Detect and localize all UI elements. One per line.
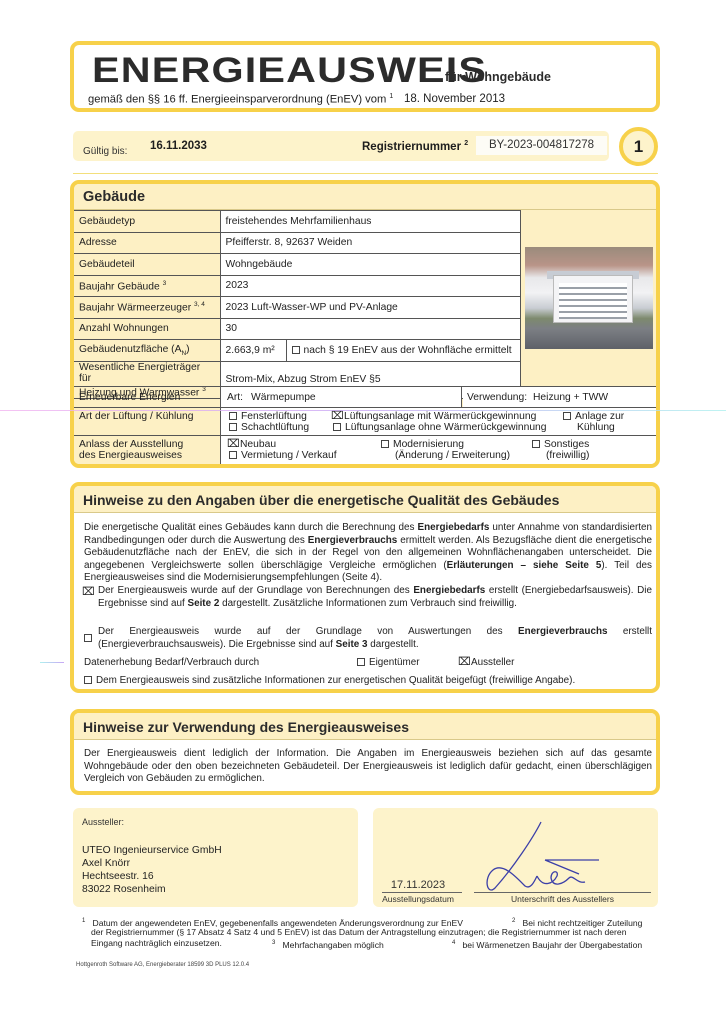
issuer-address: UTEO Ingenieurservice GmbH Axel Knörr He… — [82, 844, 222, 896]
footnote-3: 3 Mehrfachangaben möglich — [272, 938, 384, 951]
row-label: Anzahl Wohnungen — [74, 318, 220, 340]
footnote-2-end: Eingang nachträglich einzusetzen. — [91, 938, 222, 949]
text: dargestellt. Zusätzliche Informationen z… — [219, 598, 516, 609]
date-line — [382, 892, 462, 893]
row-label: Adresse — [74, 232, 220, 254]
text: Der Energieausweis wurde auf der Grundla… — [98, 585, 413, 596]
regulation-label: gemäß den §§ 16 ff. Energieeinsparverord… — [88, 94, 386, 106]
validity-bar: Gültig bis: 16.11.2033 Registriernummer … — [73, 131, 609, 161]
option-modernisierung[interactable]: Modernisierung(Änderung / Erweiterung) — [381, 439, 510, 461]
option-label: Neubau — [240, 439, 276, 450]
signature-icon — [473, 818, 623, 896]
option-vermietung[interactable]: Vermietung / Verkauf — [229, 450, 337, 461]
checkbox-unchecked[interactable] — [357, 658, 365, 666]
option-lueftung-mit-wrg[interactable]: ⌧Lüftungsanlage mit Wärmerückgewinnung — [331, 411, 536, 422]
footnote-text: Mehrfachangaben möglich — [283, 940, 384, 950]
registration-label: Registriernummer 2 — [362, 140, 468, 153]
option-kuehlung[interactable]: Anlage zurKühlung — [563, 411, 624, 433]
option-sonstiges[interactable]: Sonstiges(freiwillig) — [532, 439, 589, 461]
text-bold: Seite 3 — [336, 639, 368, 650]
footnote-text: bei Wärmenetzen Baujahr der Übergabestat… — [463, 940, 643, 950]
label-line: Anlass der Ausstellung — [79, 439, 183, 450]
option-neubau[interactable]: ⌧Neubau — [227, 439, 276, 450]
checkbox-unchecked[interactable] — [229, 423, 237, 431]
row-label-text: Baujahr Gebäude — [79, 281, 160, 292]
area-label-text: Gebäudenutzfläche (A — [79, 344, 181, 355]
registration-label-text: Registriernummer — [362, 141, 461, 153]
footnote-mark: 4 — [452, 940, 455, 946]
software-credit: Hottgenroth Software AG, Energieberater … — [76, 962, 249, 968]
option-aussteller[interactable]: ⌧Aussteller — [458, 657, 514, 670]
option-schachtlueftung[interactable]: Schachtlüftung — [229, 422, 309, 433]
option-label: Dem Energieausweis sind zusätzliche Info… — [96, 675, 575, 686]
text-bold: Energiebedarfs — [417, 522, 489, 533]
checkbox-unchecked[interactable] — [333, 423, 341, 431]
text-bold: Seite 2 — [187, 598, 219, 609]
option-label: Aussteller — [471, 657, 514, 668]
area-method-checkbox[interactable]: nach § 19 EnEV aus der Wohnfläche ermitt… — [286, 340, 520, 362]
footnote-2-cont: der Registriernummer (§ 17 Absatz 4 Satz… — [91, 927, 626, 938]
document-title: ENERGIEAUSWEIS — [92, 51, 487, 91]
footnote-mark: 3, 4 — [194, 301, 205, 308]
use-label: Verwendung: — [467, 392, 527, 403]
footnote-mark: 2 — [512, 918, 515, 924]
checkbox-unchecked[interactable] — [229, 412, 237, 420]
occasion-label: Anlass der Ausstellungdes Energieausweis… — [79, 439, 183, 461]
regulation-text: gemäß den §§ 16 ff. Energieeinsparverord… — [88, 93, 393, 106]
table-row: Gebäudenutzfläche (AN) 2.663,9 m² nach §… — [74, 340, 520, 362]
area-label-end: ) — [186, 344, 189, 355]
option-consumption: Der Energieausweis wurde auf der Grundla… — [98, 626, 652, 651]
registration-number: BY-2023-004817278 — [476, 136, 607, 155]
option-label: Fensterlüftung — [241, 411, 307, 422]
text: Der Energieausweis wurde auf der Grundla… — [98, 626, 518, 637]
option-label: (freiwillig) — [532, 450, 589, 461]
footnote-mark: 1 — [82, 918, 85, 924]
option-label: Modernisierung — [393, 439, 464, 450]
photo-balconies — [559, 283, 627, 319]
issuer-city: 83022 Rosenheim — [82, 883, 222, 896]
label-line: des Energieausweises — [79, 450, 182, 461]
checkbox-unchecked[interactable] — [84, 676, 92, 684]
row-value: 2023 — [220, 275, 520, 297]
valid-until-label: Gültig bis: — [83, 146, 127, 157]
scan-artifact-line — [0, 410, 726, 411]
checkbox-checked-icon[interactable]: ⌧ — [227, 440, 237, 448]
row-label: Gebäudeteil — [74, 254, 220, 276]
option-label: Lüftungsanlage ohne Wärmerückgewinnung — [345, 422, 547, 433]
option-label: (Änderung / Erweiterung) — [381, 450, 510, 461]
table-row: Gebäudeteil Wohngebäude — [74, 254, 520, 276]
checkbox-unchecked[interactable] — [229, 451, 237, 459]
quality-intro: Die energetische Qualität eines Gebäudes… — [84, 522, 652, 585]
checkbox-label: nach § 19 EnEV aus der Wohnfläche ermitt… — [304, 345, 512, 356]
table-row: Baujahr Gebäude 3 2023 — [74, 275, 520, 297]
table-row: Adresse Pfeifferstr. 8, 92637 Weiden — [74, 232, 520, 254]
issue-date: 17.11.2023 — [373, 879, 463, 891]
use-value: Heizung + TWW — [533, 392, 608, 403]
usage-notes-title: Hinweise zur Verwendung des Energieauswe… — [74, 713, 656, 740]
quality-notes-panel: Hinweise zu den Angaben über die energet… — [70, 482, 660, 693]
option-fensterlueftung[interactable]: Fensterlüftung — [229, 411, 307, 422]
issuer-street: Hechtseestr. 16 — [82, 870, 222, 883]
row-label: Baujahr Wärmeerzeuger 3, 4 — [74, 297, 220, 319]
row-value: Pfeifferstr. 8, 92637 Weiden — [220, 232, 520, 254]
row-value: Wohngebäude — [220, 254, 520, 276]
page-number-badge: 1 — [619, 127, 658, 166]
footnote-mark: 1 — [389, 93, 393, 100]
issuer-label: Aussteller: — [82, 817, 124, 827]
building-table: Gebäudetyp freistehendes Mehrfamilienhau… — [74, 210, 521, 399]
document-subtitle: für Wohngebäude — [445, 70, 551, 84]
text-bold: Erläuterungen – siehe Seite 5 — [447, 560, 602, 571]
regulation-date: 18. November 2013 — [404, 93, 505, 105]
valid-until-date: 16.11.2033 — [150, 140, 207, 152]
checkbox-unchecked[interactable] — [84, 628, 96, 646]
option-additional-info[interactable]: Dem Energieausweis sind zusätzliche Info… — [84, 675, 575, 688]
issue-date-label: Ausstellungsdatum — [373, 894, 463, 904]
ventilation-label: Art der Lüftung / Kühlung — [79, 411, 194, 422]
checkbox-unchecked[interactable] — [563, 412, 571, 420]
checkbox-unchecked[interactable] — [381, 440, 389, 448]
option-label: Schachtlüftung — [241, 422, 309, 433]
issuer-box: Aussteller: UTEO Ingenieurservice GmbH A… — [73, 808, 358, 907]
option-label: Sonstiges — [544, 439, 589, 450]
option-demand: Der Energieausweis wurde auf der Grundla… — [98, 585, 652, 610]
row-value: freistehendes Mehrfamilienhaus — [220, 211, 520, 233]
area-value: 2.663,9 m² — [220, 340, 286, 362]
footnote-mark: 3 — [163, 280, 167, 287]
type-value: Wärmepumpe — [251, 392, 316, 403]
occasion-row: Anlass der Ausstellungdes Energieausweis… — [74, 436, 656, 464]
row-value: 30 — [220, 318, 520, 340]
text: Die energetische Qualität eines Gebäudes… — [84, 522, 417, 533]
quality-notes-title: Hinweise zu den Angaben über die energet… — [74, 486, 656, 513]
data-collection-label: Datenerhebung Bedarf/Verbrauch durch — [84, 657, 259, 670]
option-lueftung-ohne-wrg[interactable]: Lüftungsanlage ohne Wärmerückgewinnung — [333, 422, 547, 433]
text-bold: Energiebedarfs — [413, 585, 485, 596]
checkbox-unchecked[interactable] — [292, 346, 300, 354]
building-body: Gebäudetyp freistehendes Mehrfamilienhau… — [74, 210, 656, 464]
renewables-type: Art: Wärmepumpe — [220, 387, 462, 407]
label-line: Wesentliche Energieträger für — [79, 362, 200, 384]
checkbox-box[interactable] — [84, 634, 92, 642]
divider — [73, 173, 658, 174]
table-row: Baujahr Wärmeerzeuger 3, 4 2023 Luft-Was… — [74, 297, 520, 319]
checkbox-checked-icon[interactable]: ⌧ — [458, 658, 468, 666]
footnote-4: 4 bei Wärmenetzen Baujahr der Übergabest… — [452, 938, 642, 951]
usage-notes-text: Der Energieausweis dient lediglich der I… — [84, 748, 652, 786]
option-label: Anlage zur — [575, 411, 624, 422]
table-row: Gebäudetyp freistehendes Mehrfamilienhau… — [74, 211, 520, 233]
building-photo — [525, 247, 653, 349]
footnote-mark: 3 — [272, 940, 275, 946]
row-value: 2023 Luft-Wasser-WP und PV-Anlage — [220, 297, 520, 319]
text-bold: Energieverbrauchs — [518, 626, 607, 637]
ventilation-row: Art der Lüftung / Kühlung Fensterlüftung… — [74, 408, 656, 436]
type-label: Art: — [227, 392, 243, 403]
option-label: Eigentümer — [369, 657, 420, 668]
signature-box: 17.11.2023 Ausstellungsdatum Unterschrif… — [373, 808, 658, 907]
occasion-options: ⌧Neubau Vermietung / Verkauf Modernisier… — [220, 436, 656, 464]
renewables-use: Verwendung: Heizung + TWW — [463, 387, 656, 407]
checkbox-checked-icon[interactable]: ⌧ — [82, 585, 95, 598]
checkbox-unchecked[interactable] — [532, 440, 540, 448]
renewables-label: Erneuerbare Energien — [79, 392, 180, 403]
footnote-mark: 2 — [464, 140, 468, 147]
photo-cell — [520, 210, 656, 386]
issuer-company: UTEO Ingenieurservice GmbH — [82, 844, 222, 857]
option-eigentuemer[interactable]: Eigentümer — [357, 657, 420, 670]
title-box: ENERGIEAUSWEIS für Wohngebäude gemäß den… — [70, 41, 660, 112]
checkbox-checked-icon[interactable]: ⌧ — [331, 412, 341, 420]
renewables-row: Erneuerbare Energien Art: Wärmepumpe Ver… — [74, 386, 656, 408]
ventilation-options: Fensterlüftung Schachtlüftung ⌧Lüftungsa… — [220, 408, 656, 435]
row-label: Baujahr Gebäude 3 — [74, 275, 220, 297]
row-label: Gebäudetyp — [74, 211, 220, 233]
row-label-text: Baujahr Wärmeerzeuger — [79, 302, 191, 313]
area-label: Gebäudenutzfläche (AN) — [74, 340, 220, 362]
option-label: Kühlung — [563, 422, 615, 433]
building-section-title: Gebäude — [74, 184, 656, 210]
text-bold: Energieverbrauchs — [308, 535, 397, 546]
scan-artifact-line — [40, 662, 64, 663]
text: dargestellt. — [368, 639, 419, 650]
building-panel: Gebäude Gebäudetyp freistehendes Mehrfam… — [70, 180, 660, 468]
table-row: Anzahl Wohnungen 30 — [74, 318, 520, 340]
issuer-name: Axel Knörr — [82, 857, 222, 870]
option-label: Lüftungsanlage mit Wärmerückgewinnung — [344, 411, 536, 422]
usage-notes-panel: Hinweise zur Verwendung des Energieauswe… — [70, 709, 660, 795]
option-label: Vermietung / Verkauf — [241, 450, 337, 461]
